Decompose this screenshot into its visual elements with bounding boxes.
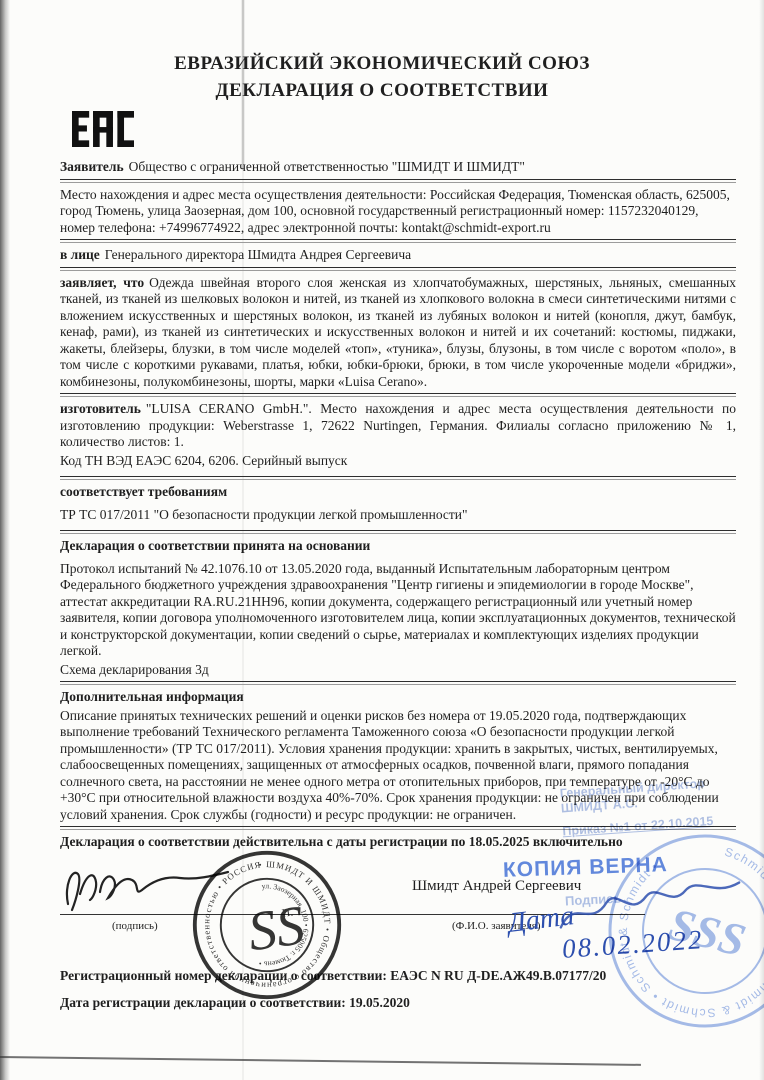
signature-block: (подпись) Шмидт Андрей Сергеевич (Ф.И.О.… xyxy=(60,856,736,960)
eac-mark-icon xyxy=(72,95,134,163)
signature-caption: (подпись) xyxy=(112,918,158,935)
document-title: ЕВРАЗИЙСКИЙ ЭКОНОМИЧЕСКИЙ СОЮЗ ДЕКЛАРАЦИ… xyxy=(0,0,764,104)
stamp-monogram: SS xyxy=(244,894,308,963)
applicant-label: Заявитель xyxy=(60,159,124,174)
divider xyxy=(60,476,736,480)
divider xyxy=(60,681,736,685)
company-round-stamp: • ШМИДТ И ШМИДТ • Общество с ограниченно… xyxy=(180,838,354,1012)
applicant-text: Общество с ограниченной ответственностью… xyxy=(129,159,525,174)
person-row: в лицеГенерального директора Шмидта Андр… xyxy=(60,246,736,265)
divider xyxy=(60,530,736,534)
basis-heading: Декларация о соответствии принята на осн… xyxy=(60,537,736,560)
scan-left-edge xyxy=(0,0,10,1080)
divider xyxy=(60,267,736,271)
applicant-row: ЗаявительОбщество с ограниченной ответст… xyxy=(60,158,736,177)
blue-stamp-monogram: SSS xyxy=(664,898,751,966)
handwritten-data-word: Дата xyxy=(507,908,575,932)
registration-date-value: 19.05.2020 xyxy=(349,995,410,1010)
requirements-heading: соответствует требованиям xyxy=(60,483,736,502)
declares-label: заявляет, что xyxy=(60,275,144,290)
scan-bottom-artifact xyxy=(0,1056,641,1066)
additional-heading: Дополнительная информация xyxy=(60,688,736,707)
stamp-center-mark: П. xyxy=(281,906,294,919)
divider xyxy=(60,179,736,183)
requirements-text: ТР ТС 017/2011 "О безопасности продукции… xyxy=(60,502,736,529)
union-title: ЕВРАЗИЙСКИЙ ЭКОНОМИЧЕСКИЙ СОЮЗ xyxy=(0,50,764,77)
manufacturer-row: изготовитель"LUISA CERANO GmbH.". Место … xyxy=(60,400,736,452)
manufacturer-text: "LUISA CERANO GmbH.". Место нахождения и… xyxy=(60,401,736,449)
person-text: Генерального директора Шмидта Андрея Сер… xyxy=(105,247,411,262)
document-body: ЗаявительОбщество с ограниченной ответст… xyxy=(60,158,736,1012)
declaration-page: ЕВРАЗИЙСКИЙ ЭКОНОМИЧЕСКИЙ СОЮЗ ДЕКЛАРАЦИ… xyxy=(0,0,764,1080)
address-text: Место нахождения и адрес места осуществл… xyxy=(60,187,730,235)
divider xyxy=(60,239,736,243)
basis-text: Протокол испытаний № 42.1076.10 от 13.05… xyxy=(60,560,736,661)
address-row: Место нахождения и адрес места осуществл… xyxy=(60,186,736,238)
person-label: в лице xyxy=(60,247,100,262)
tnved-row: Код ТН ВЭД ЕАЭС 6204, 6206. Серийный вып… xyxy=(60,452,736,475)
tnved-text: Код ТН ВЭД ЕАЭС 6204, 6206. Серийный вып… xyxy=(60,453,347,468)
manufacturer-label: изготовитель xyxy=(60,401,141,416)
declares-row: заявляет, чтоОдежда швейная второго слоя… xyxy=(60,274,736,392)
registration-number-value: ЕАЭС N RU Д-DE.АЖ49.В.07177/20 xyxy=(390,968,606,983)
basis-scheme: Схема декларирования 3д xyxy=(60,661,736,680)
declares-text: Одежда швейная второго слоя женская из х… xyxy=(60,275,736,389)
divider xyxy=(60,393,736,397)
